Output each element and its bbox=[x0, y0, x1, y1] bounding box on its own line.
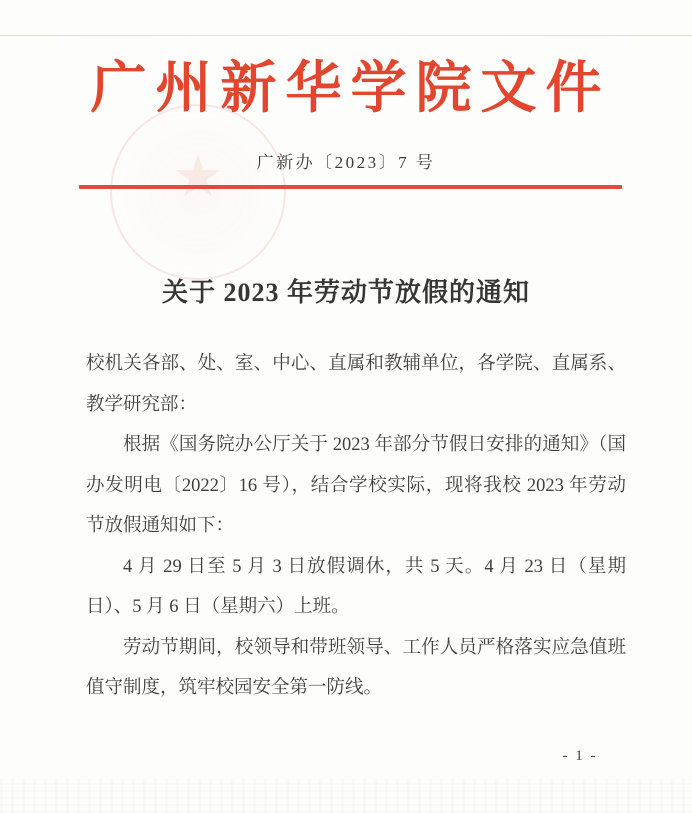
page-number: - 1 - bbox=[540, 748, 620, 765]
body-paragraph: 根据《国务院办公厅关于 2023 年部分节假日安排的通知》（国办发明电〔2022… bbox=[86, 425, 626, 547]
notice-body: 校机关各部、处、室、中心、直属和教辅单位，各学院、直属系、教学研究部： 根据《国… bbox=[86, 344, 626, 709]
scanned-document-page: ★ 广州新华学院文件 广新办〔2023〕7 号 关于 2023 年劳动节放假的通… bbox=[0, 0, 692, 813]
scan-artifact-bottom-noise bbox=[0, 779, 692, 813]
body-paragraph: 4 月 29 日至 5 月 3 日放假调休，共 5 天。4 月 23 日（星期日… bbox=[86, 547, 626, 628]
salutation-line: 校机关各部、处、室、中心、直属和教辅单位，各学院、直属系、教学研究部： bbox=[86, 344, 626, 425]
letterhead-red-rule bbox=[79, 185, 622, 189]
body-paragraph: 劳动节期间，校领导和带班领导、工作人员严格落实应急值班值守制度，筑牢校园安全第一… bbox=[86, 628, 626, 709]
letterhead-org-title: 广州新华学院文件 bbox=[0, 44, 692, 124]
scan-artifact-top-line bbox=[0, 35, 692, 36]
official-seal-bleedthrough: ★ bbox=[110, 104, 286, 280]
notice-headline: 关于 2023 年劳动节放假的通知 bbox=[0, 272, 692, 309]
document-reference-number: 广新办〔2023〕7 号 bbox=[0, 148, 692, 173]
